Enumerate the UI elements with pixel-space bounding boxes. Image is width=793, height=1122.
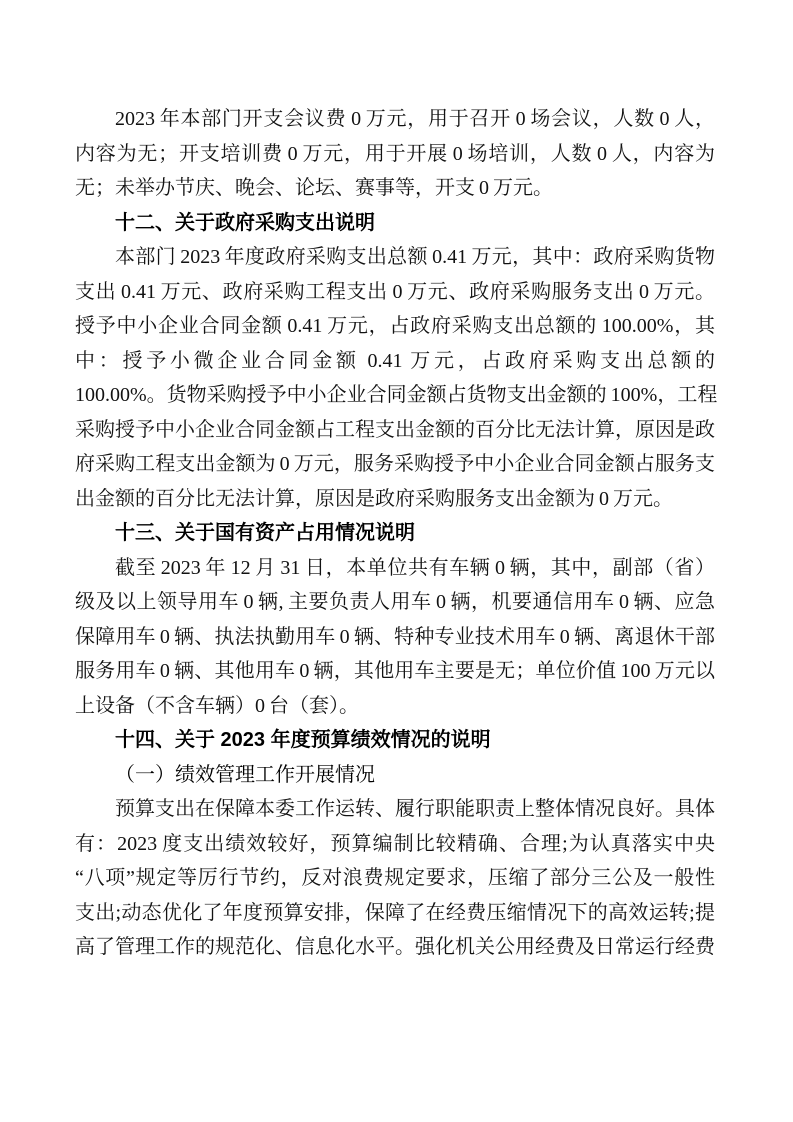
text-line: 府采购工程支出金额为 0 万元，服务采购授予中小企业合同金额占服务支: [75, 447, 715, 482]
subsection-heading-1: （一）绩效管理工作开展情况: [75, 758, 715, 793]
text-line: 无；未举办节庆、晚会、论坛、赛事等，开支 0 万元。: [75, 171, 715, 206]
section-heading-13: 十三、关于国有资产占用情况说明: [75, 516, 715, 551]
text-line: 级及以上领导用车 0 辆, 主要负责人用车 0 辆，机要通信用车 0 辆、应急: [75, 585, 715, 620]
text-line: 支出 0.41 万元、政府采购工程支出 0 万元、政府采购服务支出 0 万元。: [75, 275, 715, 310]
text-line: 采购授予中小企业合同金额占工程支出金额的百分比无法计算，原因是政: [75, 413, 715, 448]
text-line: 截至 2023 年 12 月 31 日，本单位共有车辆 0 辆，其中，副部（省）: [75, 551, 715, 586]
text-line: “八项”规定等厉行节约，反对浪费规定要求，压缩了部分三公及一般性: [75, 861, 715, 896]
text-line: 服务用车 0 辆、其他用车 0 辆，其他用车主要是无；单位价值 100 万元以: [75, 654, 715, 689]
document-page: 2023 年本部门开支会议费 0 万元，用于召开 0 场会议，人数 0 人， 内…: [0, 0, 793, 1122]
document-text-block: 2023 年本部门开支会议费 0 万元，用于召开 0 场会议，人数 0 人， 内…: [75, 102, 715, 965]
text-line: 出金额的百分比无法计算，原因是政府采购服务支出金额为 0 万元。: [75, 482, 715, 517]
section-heading-14: 十四、关于 2023 年度预算绩效情况的说明: [75, 723, 715, 758]
text-line: 中：授予小微企业合同金额 0.41 万元，占政府采购支出总额的: [75, 344, 715, 379]
text-line: 上设备（不含车辆）0 台（套）。: [75, 689, 715, 724]
text-line: 保障用车 0 辆、执法执勤用车 0 辆、特种专业技术用车 0 辆、离退休干部: [75, 620, 715, 655]
text-line: 100.00%。货物采购授予中小企业合同金额占货物支出金额的 100%，工程: [75, 378, 715, 413]
text-line: 内容为无；开支培训费 0 万元，用于开展 0 场培训，人数 0 人，内容为: [75, 137, 715, 172]
text-line: 授予中小企业合同金额 0.41 万元，占政府采购支出总额的 100.00%，其: [75, 309, 715, 344]
text-line: 高了管理工作的规范化、信息化水平。强化机关公用经费及日常运行经费: [75, 930, 715, 965]
text-line: 有：2023 度支出绩效较好，预算编制比较精确、合理;为认真落实中央: [75, 827, 715, 862]
section-heading-12: 十二、关于政府采购支出说明: [75, 206, 715, 241]
text-line: 预算支出在保障本委工作运转、履行职能职责上整体情况良好。具体: [75, 792, 715, 827]
text-line: 支出;动态优化了年度预算安排，保障了在经费压缩情况下的高效运转;提: [75, 896, 715, 931]
text-line: 2023 年本部门开支会议费 0 万元，用于召开 0 场会议，人数 0 人，: [75, 102, 715, 137]
text-line: 本部门 2023 年度政府采购支出总额 0.41 万元，其中：政府采购货物: [75, 240, 715, 275]
